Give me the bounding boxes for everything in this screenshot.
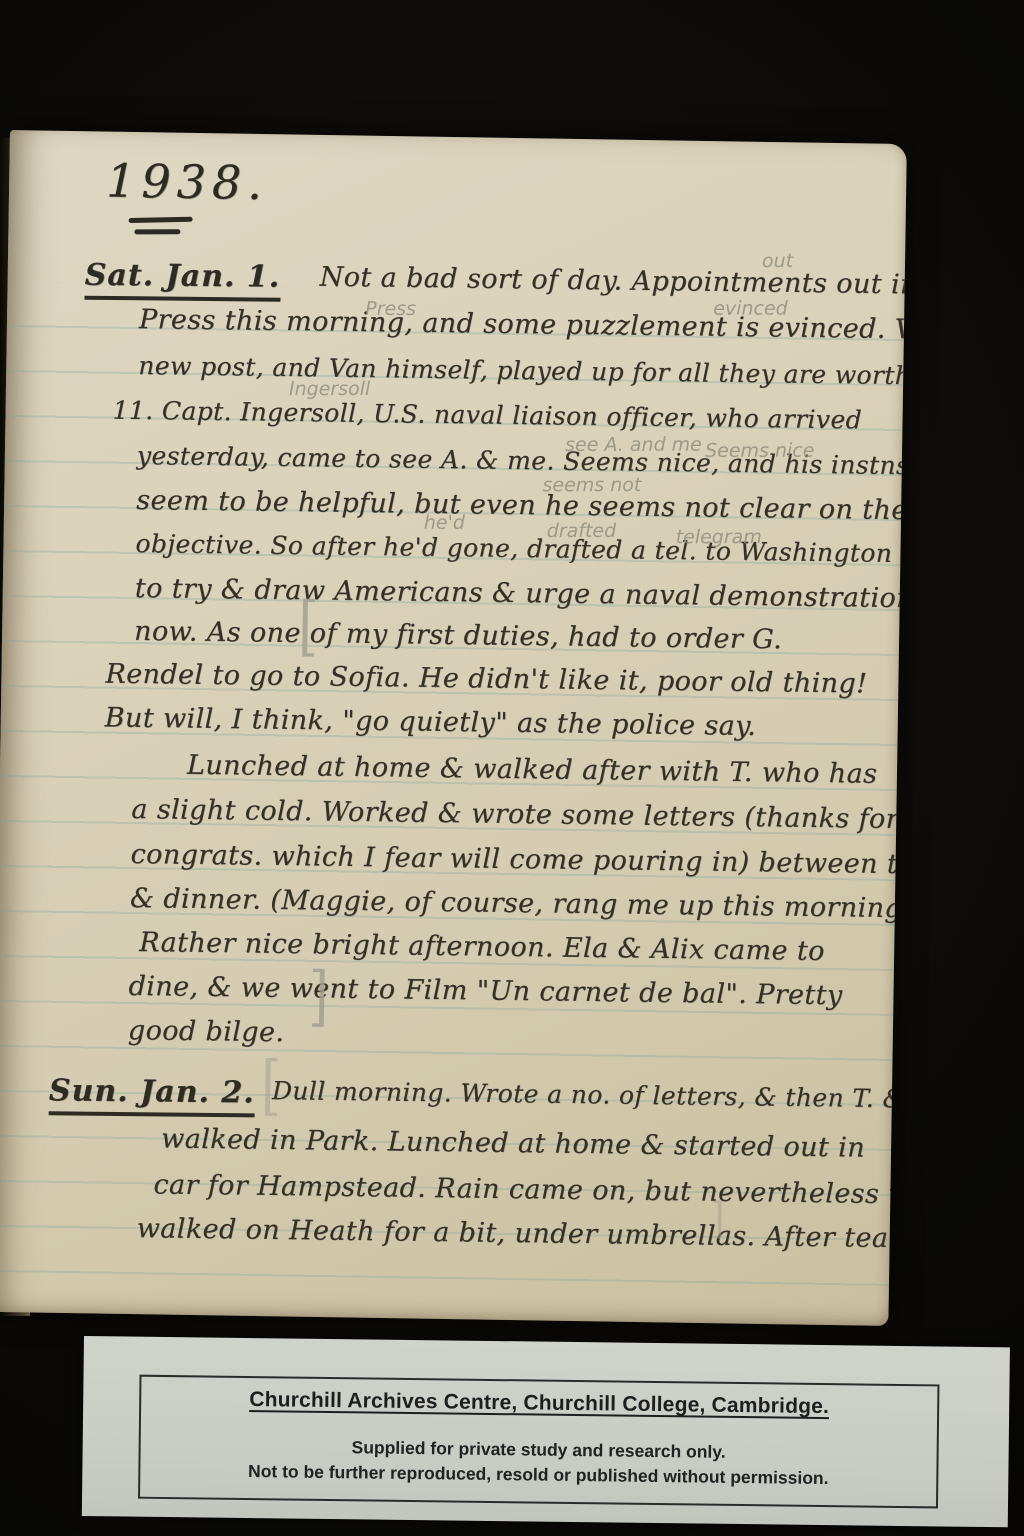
diary-line: walked on Heath for a bit, under umbrell… [137, 1213, 889, 1254]
diary-line: congrats. which I fear will come pouring… [130, 839, 906, 880]
pencil-note: Seems nice [705, 440, 814, 462]
diary-line: walked in Park. Lunched at home & starte… [161, 1123, 865, 1163]
pencil-note: Press [365, 298, 416, 320]
diary-page: 1938. Sat. Jan. 1. Not a bad sort of day… [0, 130, 907, 1326]
diary-line: new post, and Van himself, played up for… [138, 351, 907, 390]
entry-date: Sun. Jan. 2. [49, 1073, 255, 1117]
diary-line: Rather nice bright afternoon. Ela & Alix… [139, 927, 825, 967]
pencil-bracket: ] [711, 1194, 725, 1244]
pencil-note: see A. and me [565, 434, 702, 456]
diary-line: seem to be helpful, but even he seems no… [136, 485, 907, 526]
year-underline [129, 217, 193, 223]
diary-line: dine, & we went to Film "Un carnet de ba… [128, 971, 842, 1011]
pencil-note: drafted [547, 520, 616, 542]
diary-line: 11. Capt. Ingersoll, U.S. naval liaison … [112, 396, 862, 435]
pencil-note: telegram [676, 526, 762, 548]
diary-line: good bilge. [128, 1015, 285, 1048]
diary-line: But will, I think, "go quietly" as the p… [105, 702, 757, 742]
archive-label-strip: Churchill Archives Centre, Churchill Col… [82, 1336, 1010, 1527]
diary-line: objective. So after he'd gone, drafted a… [135, 529, 892, 568]
diary-line: Dull morning. Wrote a no. of letters, & … [272, 1076, 907, 1114]
diary-line: now. As one of my first duties, had to o… [134, 616, 782, 655]
diary-line: Press this morning, and some puzzlement … [139, 304, 907, 346]
photo-background: 1938. Sat. Jan. 1. Not a bad sort of day… [0, 0, 1024, 1536]
pencil-note: Ingersoll [289, 378, 370, 400]
diary-line: to try & draw Americans & urge a naval d… [135, 573, 907, 614]
diary-line: Lunched at home & walked after with T. w… [187, 750, 878, 790]
pencil-bracket: ] [308, 959, 329, 1034]
pencil-bracket: [ [298, 589, 319, 664]
pencil-bracket: [ [260, 1049, 281, 1124]
diary-line: Rendel to go to Sofia. He didn't like it… [105, 659, 867, 700]
diary-line: Not a bad sort of day. Appointments out … [320, 262, 907, 301]
diary-line: a slight cold. Worked & wrote some lette… [131, 794, 899, 835]
pencil-note: evinced [713, 298, 787, 320]
diary-line: & dinner. (Maggie, of course, rang me up… [130, 883, 907, 924]
archive-label-box: Churchill Archives Centre, Churchill Col… [138, 1375, 939, 1509]
archive-label-title: Churchill Archives Centre, Churchill Col… [249, 1388, 829, 1419]
entry-date: Sat. Jan. 1. [84, 258, 280, 302]
archive-label-note-2: Not to be further reproduced, resold or … [248, 1459, 829, 1491]
year-heading: 1938. [106, 154, 269, 211]
year-underline [134, 229, 180, 234]
diary-line: car for Hampstead. Rain came on, but nev… [153, 1169, 907, 1210]
pencil-note: he'd [424, 512, 465, 534]
pencil-note: out [762, 250, 793, 272]
pencil-note: seems not [542, 474, 641, 496]
